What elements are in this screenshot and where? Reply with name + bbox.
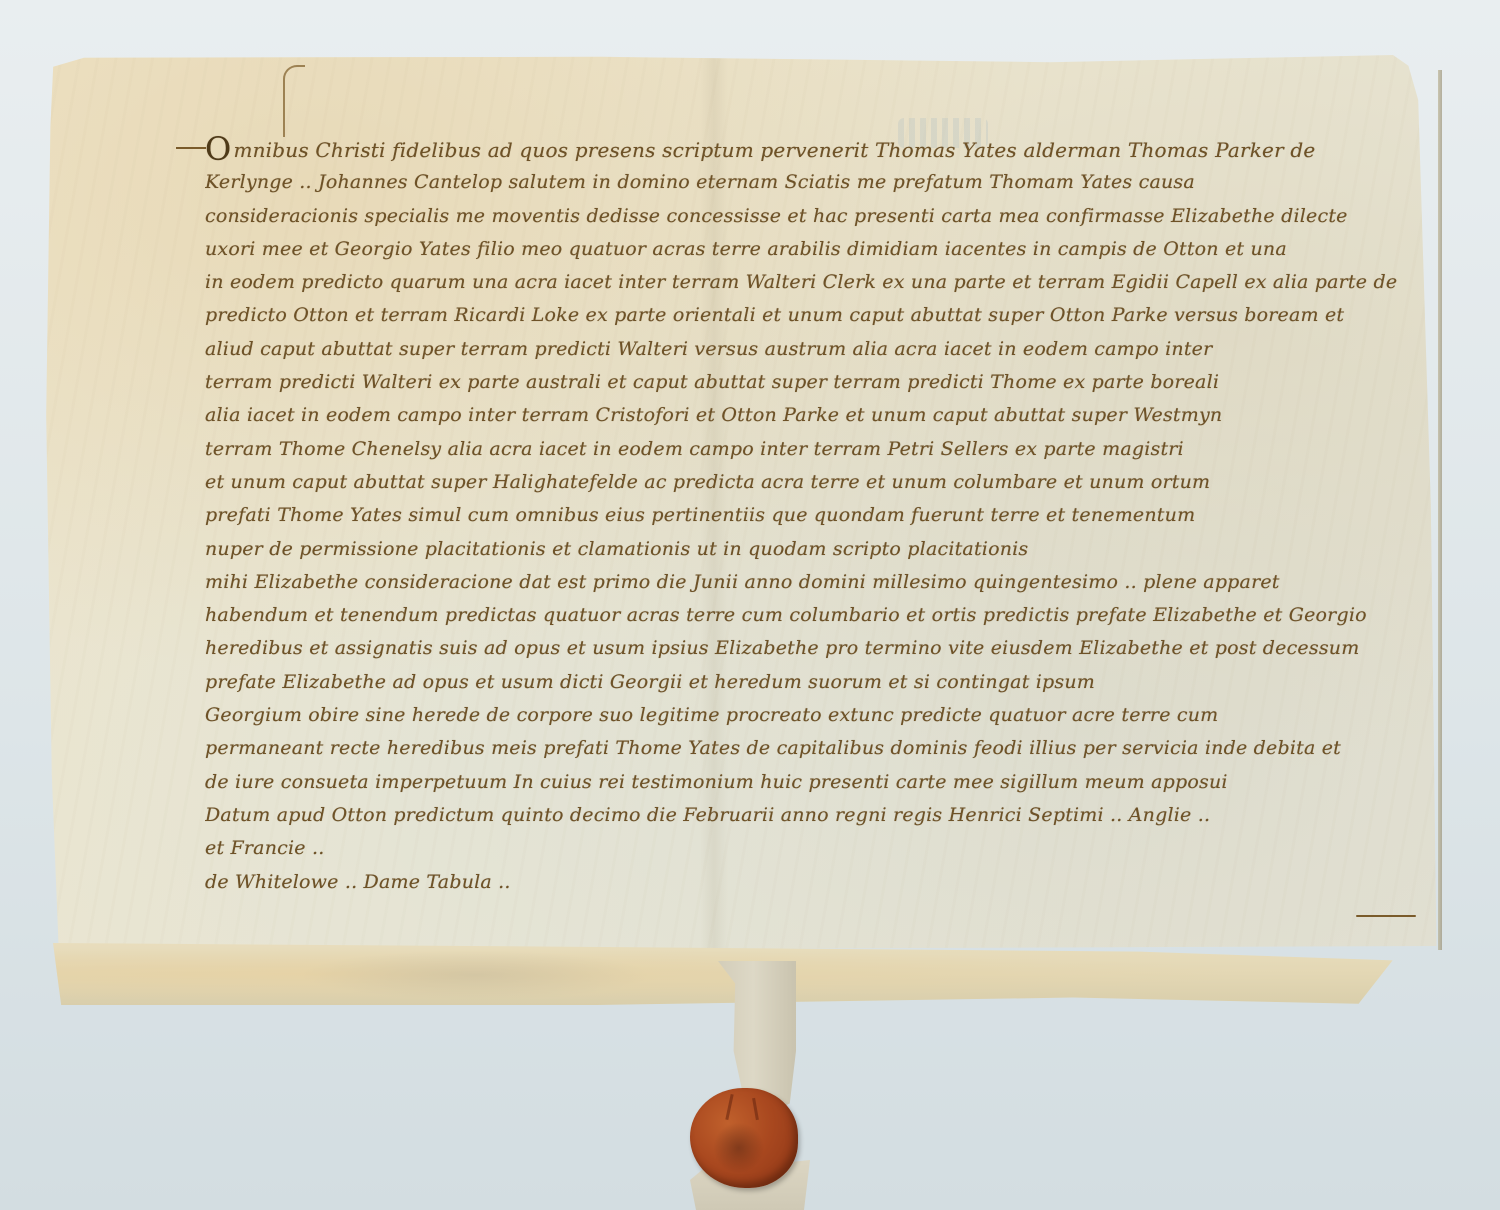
charter-line-20: de iure consueta imperpetuum In cuius re… [205,766,1430,799]
charter-line-4: uxori mee et Georgio Yates filio meo qua… [205,233,1430,266]
charter-line-16: heredibus et assignatis suis ad opus et … [205,632,1430,665]
fold-stain [300,950,650,1000]
charter-line-11: et unum caput abuttat super Halighatefel… [205,466,1430,499]
parchment-right-edge [1438,70,1442,950]
charter-line-1: Omnibus Christi fidelibus ad quos presen… [205,133,1430,166]
charter-line-22: et Francie .. [205,832,1430,865]
charter-line-13: nuper de permissione placitationis et cl… [205,533,1430,566]
invocation-cross-icon [283,65,305,137]
charter-line-2: Kerlynge .. Johannes Cantelop salutem in… [205,166,1430,199]
charter-line-14: mihi Elizabethe consideracione dat est p… [205,566,1430,599]
charter-line-3: consideracionis specialis me moventis de… [205,200,1430,233]
line-filler-stroke [176,147,206,149]
charter-line-8: terram predicti Walteri ex parte austral… [205,366,1430,399]
charter-line-19: permaneant recte heredibus meis prefati … [205,732,1430,765]
opening-initial: O [205,133,231,166]
charter-line-10: terram Thome Chenelsy alia acra iacet in… [205,433,1430,466]
wax-seal-icon: Red wax seal on parchment tag [690,1088,798,1188]
charter-line-9: alia iacet in eodem campo inter terram C… [205,399,1430,432]
charter-line-6: predicto Otton et terram Ricardi Loke ex… [205,299,1430,332]
charter-line-21: Datum apud Otton predictum quinto decimo… [205,799,1430,832]
charter-line-23: de Whitelowe .. Dame Tabula .. [205,866,1430,899]
charter-line-17: prefate Elizabethe ad opus et usum dicti… [205,666,1430,699]
charter-line-15: habendum et tenendum predictas quatuor a… [205,599,1430,632]
charter-line-12: prefati Thome Yates simul cum omnibus ei… [205,499,1430,532]
charter-line-18: Georgium obire sine herede de corpore su… [205,699,1430,732]
closing-flourish [1356,915,1416,917]
charter-line-7: aliud caput abuttat super terram predict… [205,333,1430,366]
charter-text: Omnibus Christi fidelibus ad quos presen… [205,133,1430,899]
charter-line-5: in eodem predicto quarum una acra iacet … [205,266,1430,299]
